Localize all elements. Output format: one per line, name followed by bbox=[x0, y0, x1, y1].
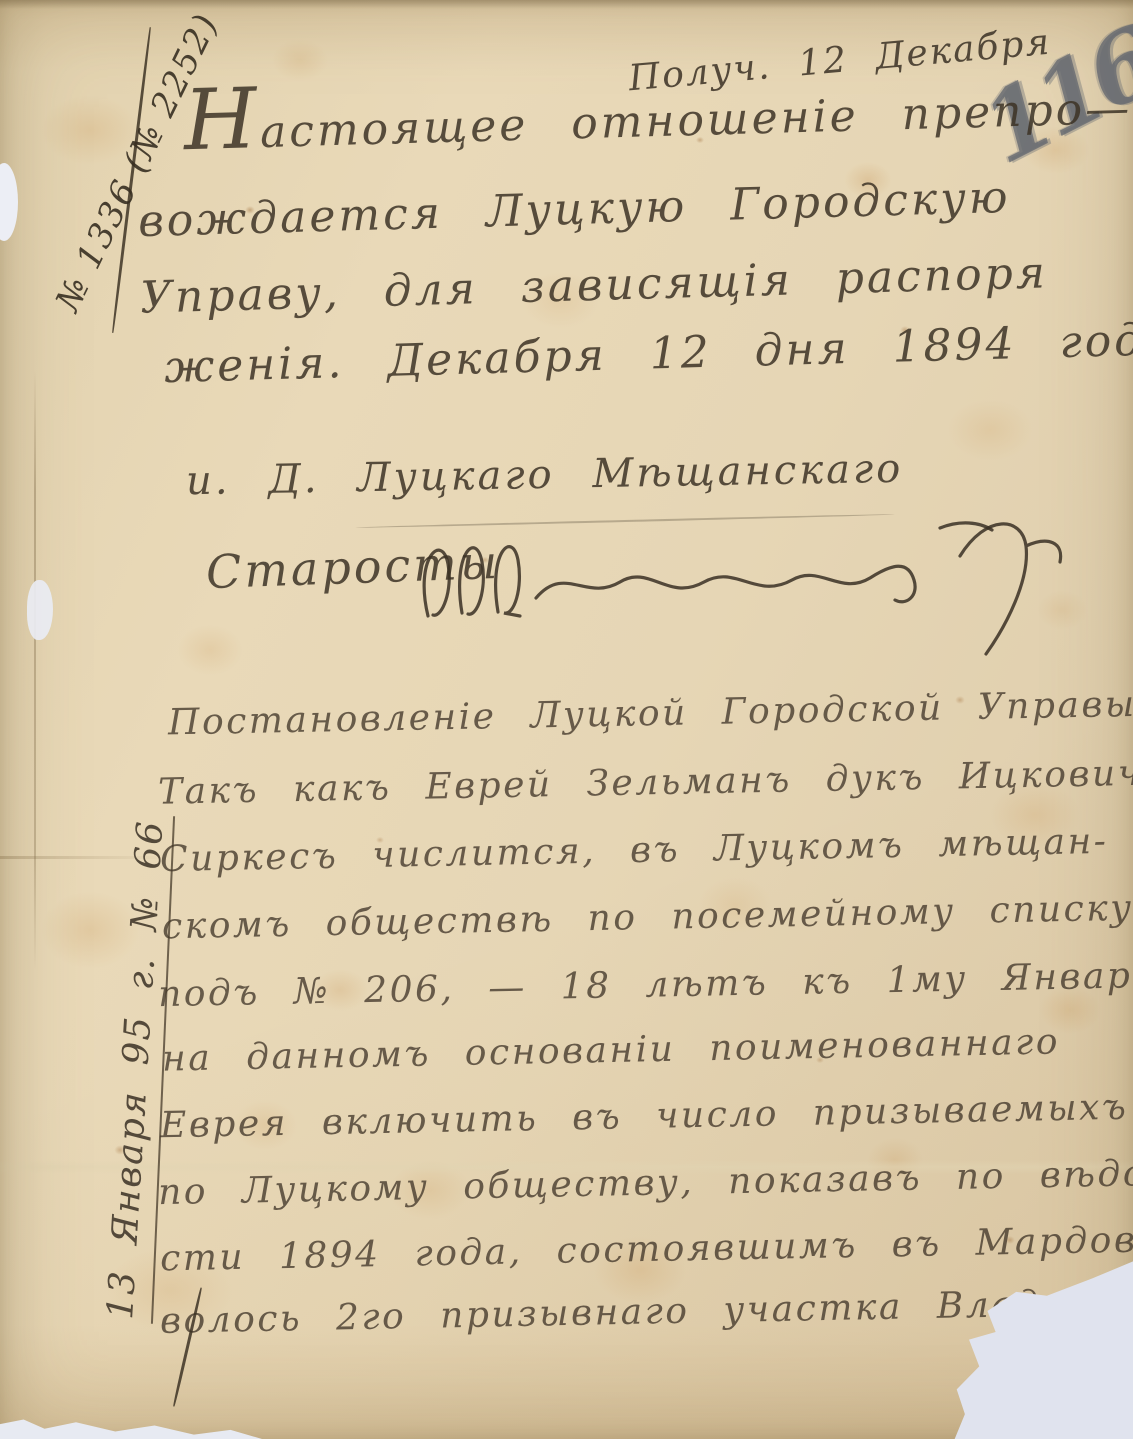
document-scan: № 1336 (№ 2252) Получ. 12 Декабря 116 На… bbox=[0, 0, 1133, 1439]
signature-flourish bbox=[400, 498, 1090, 658]
